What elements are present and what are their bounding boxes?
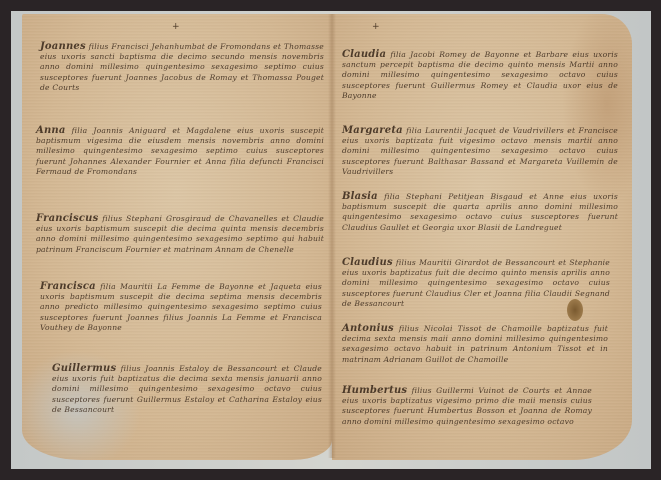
entry-name: Antonius bbox=[342, 323, 394, 334]
entry-name: Guillermus bbox=[52, 363, 116, 374]
baptism-entry: Antonius filius Nicolai Tissot de Chamoi… bbox=[342, 324, 608, 365]
baptism-entry: Margareta filia Laurentii Jacquet de Vau… bbox=[342, 126, 618, 177]
folio-mark: + bbox=[372, 22, 380, 32]
entry-text: filia Joannis Aniguard et Magdalene eius… bbox=[36, 126, 324, 176]
entry-name: Franciscus bbox=[36, 213, 98, 224]
entry-name: Joannes bbox=[40, 41, 86, 52]
baptism-entry: Anna filia Joannis Aniguard et Magdalene… bbox=[36, 126, 324, 177]
entry-name: Claudia bbox=[342, 49, 386, 60]
entry-name: Francisca bbox=[40, 281, 96, 292]
baptism-entry: Francisca filia Mauritii La Femme de Bay… bbox=[40, 282, 322, 333]
entry-name: Margareta bbox=[342, 125, 403, 136]
entry-name: Humbertus bbox=[342, 385, 407, 396]
left-page: + Joannes filius Francisci Jehanhumbat d… bbox=[22, 14, 332, 460]
entry-text: filia Stephani Petitjean Bisgaud et Anne… bbox=[342, 192, 618, 232]
baptism-entry: Guillermus filius Joannis Estaloy de Bes… bbox=[52, 364, 322, 415]
page-fold bbox=[328, 14, 336, 458]
entry-name: Anna bbox=[36, 125, 66, 136]
baptism-entry: Humbertus filius Guillermi Vuinot de Cou… bbox=[342, 386, 592, 427]
baptism-entry: Blasia filia Stephani Petitjean Bisgaud … bbox=[342, 192, 618, 233]
folio-mark: + bbox=[172, 22, 180, 32]
baptism-entry: Claudius filius Mauritii Girardot de Bes… bbox=[342, 258, 610, 309]
entry-name: Claudius bbox=[342, 257, 393, 268]
baptism-entry: Joannes filius Francisci Jehanhumbat de … bbox=[40, 42, 324, 93]
right-page: + Claudia filia Jacobi Romey de Bayonne … bbox=[332, 14, 632, 460]
entry-name: Blasia bbox=[342, 191, 378, 202]
baptism-entry: Claudia filia Jacobi Romey de Bayonne et… bbox=[342, 50, 618, 101]
baptism-entry: Franciscus filius Stephani Grosgiraud de… bbox=[36, 214, 324, 255]
